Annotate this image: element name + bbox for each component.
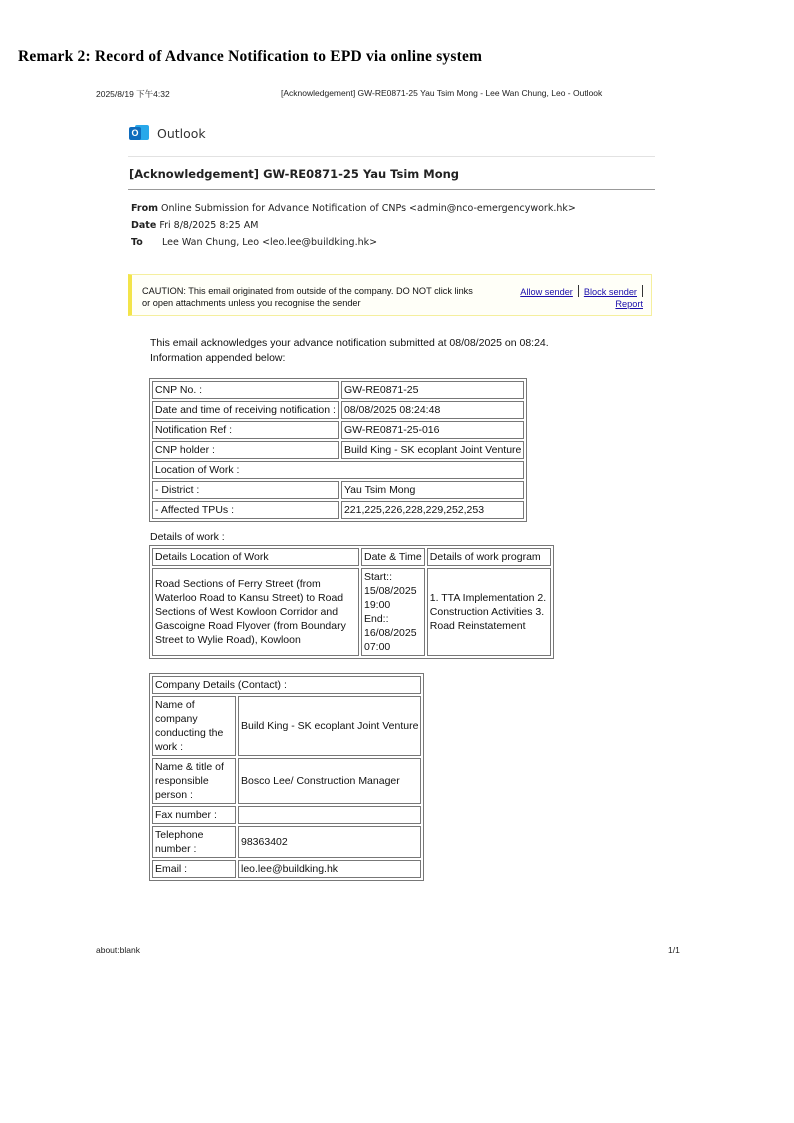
date-row: Date Fri 8/8/2025 8:25 AM — [131, 220, 258, 231]
table-row: Location of Work : — [152, 461, 524, 479]
company-table: Company Details (Contact) : Name of comp… — [149, 673, 424, 881]
work-location: Road Sections of Ferry Street (from Wate… — [152, 568, 359, 656]
outlook-icon: O — [129, 124, 149, 142]
table-row: Company Details (Contact) : — [152, 676, 421, 694]
divider — [128, 156, 655, 157]
intro-text: This email acknowledges your advance not… — [150, 336, 549, 365]
separator — [578, 285, 579, 297]
from-label: From — [131, 203, 158, 214]
divider — [128, 189, 655, 190]
from-value: Online Submission for Advance Notificati… — [161, 203, 576, 214]
table-row: Date and time of receiving notification … — [152, 401, 524, 419]
details-label: Details of work : — [150, 531, 225, 543]
print-title: [Acknowledgement] GW-RE0871-25 Yau Tsim … — [281, 88, 602, 98]
table-row: Telephone number :98363402 — [152, 826, 421, 858]
report-link[interactable]: Report — [615, 299, 643, 309]
table-row: CNP No. :GW-RE0871-25 — [152, 381, 524, 399]
table-row: Fax number : — [152, 806, 421, 824]
print-footer-page: 1/1 — [668, 945, 680, 955]
to-value: Lee Wan Chung, Leo <leo.lee@buildking.hk… — [162, 237, 377, 248]
cnp-table: CNP No. :GW-RE0871-25 Date and time of r… — [149, 378, 527, 522]
to-row: To Lee Wan Chung, Leo <leo.lee@buildking… — [131, 237, 377, 248]
print-date: 2025/8/19 下午4:32 — [96, 88, 170, 100]
block-sender-link[interactable]: Block sender — [584, 287, 637, 297]
date-time: Start:: 15/08/2025 19:00 End:: 16/08/202… — [361, 568, 425, 656]
table-row: - Affected TPUs :221,225,226,228,229,252… — [152, 501, 524, 519]
print-footer-url: about:blank — [96, 945, 140, 955]
app-name: Outlook — [157, 126, 206, 141]
allow-sender-link[interactable]: Allow sender — [520, 287, 573, 297]
caution-links: Allow senderBlock sender Report — [520, 285, 643, 310]
table-row: - District :Yau Tsim Mong — [152, 481, 524, 499]
separator — [642, 285, 643, 297]
outlook-logo: O Outlook — [129, 124, 206, 142]
table-row: Email :leo.lee@buildking.hk — [152, 860, 421, 878]
table-row: Name & title of responsible person :Bosc… — [152, 758, 421, 804]
caution-message: CAUTION: This email originated from outs… — [142, 285, 502, 309]
table-row: Notification Ref :GW-RE0871-25-016 — [152, 421, 524, 439]
details-table: Details Location of Work Date & Time Det… — [149, 545, 554, 659]
date-value: Fri 8/8/2025 8:25 AM — [159, 220, 258, 231]
to-label: To — [131, 237, 159, 248]
table-row: Name of company conducting the work :Bui… — [152, 696, 421, 756]
table-row: CNP holder :Build King - SK ecoplant Joi… — [152, 441, 524, 459]
table-row: Road Sections of Ferry Street (from Wate… — [152, 568, 551, 656]
email-subject: [Acknowledgement] GW-RE0871-25 Yau Tsim … — [129, 167, 459, 181]
table-header-row: Details Location of Work Date & Time Det… — [152, 548, 551, 566]
work-program: 1. TTA Implementation 2. Construction Ac… — [427, 568, 551, 656]
remark-title: Remark 2: Record of Advance Notification… — [18, 48, 482, 66]
from-row: From Online Submission for Advance Notif… — [131, 203, 576, 214]
caution-banner: CAUTION: This email originated from outs… — [128, 274, 652, 316]
date-label: Date — [131, 220, 156, 231]
